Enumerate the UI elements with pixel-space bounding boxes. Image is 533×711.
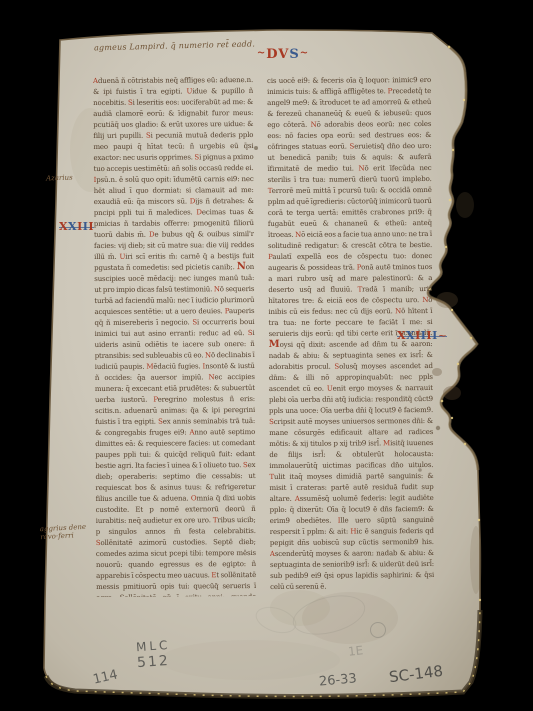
pencil-library-code: MLC xyxy=(136,638,171,654)
pencil-circle-scribble xyxy=(370,622,386,638)
body-text: ēdaciū fugies. xyxy=(153,362,202,370)
chapter-numeral-24: XXIIII~ xyxy=(397,329,447,342)
chapter-initial: N xyxy=(237,261,246,272)
title-flourish-left: ~ xyxy=(257,48,266,59)
rubricated-letter: M xyxy=(383,439,390,447)
numeral-letter: X xyxy=(68,220,77,233)
numeral-letter: X xyxy=(406,329,415,342)
numeral-letter: I xyxy=(88,220,94,233)
title-letter: S xyxy=(289,47,299,62)
marginal-gloss-top: Azarius xyxy=(46,174,73,183)
chapter-numeral-23: XXIII xyxy=(59,220,94,233)
title-flourish-right: ~ xyxy=(300,48,309,59)
rubricated-letter: M xyxy=(146,363,153,371)
title-letter: V xyxy=(278,47,289,62)
body-text: scenderūtq̄ moyses & aaron: nadab & abiu… xyxy=(270,549,434,591)
running-title: ~DVS~ xyxy=(228,47,338,62)
text-column-left: Aduenā ñ cōtristabis neq̄ affliges eū: a… xyxy=(93,75,256,597)
numeral-flourish: ~ xyxy=(438,329,448,342)
numeral-letter: X xyxy=(397,329,406,342)
photograph-stage: agmeus Lampird. q̄ numerio ret̄ eadd. ~D… xyxy=(0,0,533,711)
pencil-shelf-number: 512 xyxy=(136,653,170,671)
marginal-gloss-bottom: aggrius dene ravo·ferri xyxy=(40,523,87,541)
title-letter: D xyxy=(266,47,278,62)
numeral-letter: X xyxy=(59,220,68,233)
pencil-faint-mark: 1E xyxy=(347,643,364,659)
chapter-initial: M xyxy=(269,339,280,350)
